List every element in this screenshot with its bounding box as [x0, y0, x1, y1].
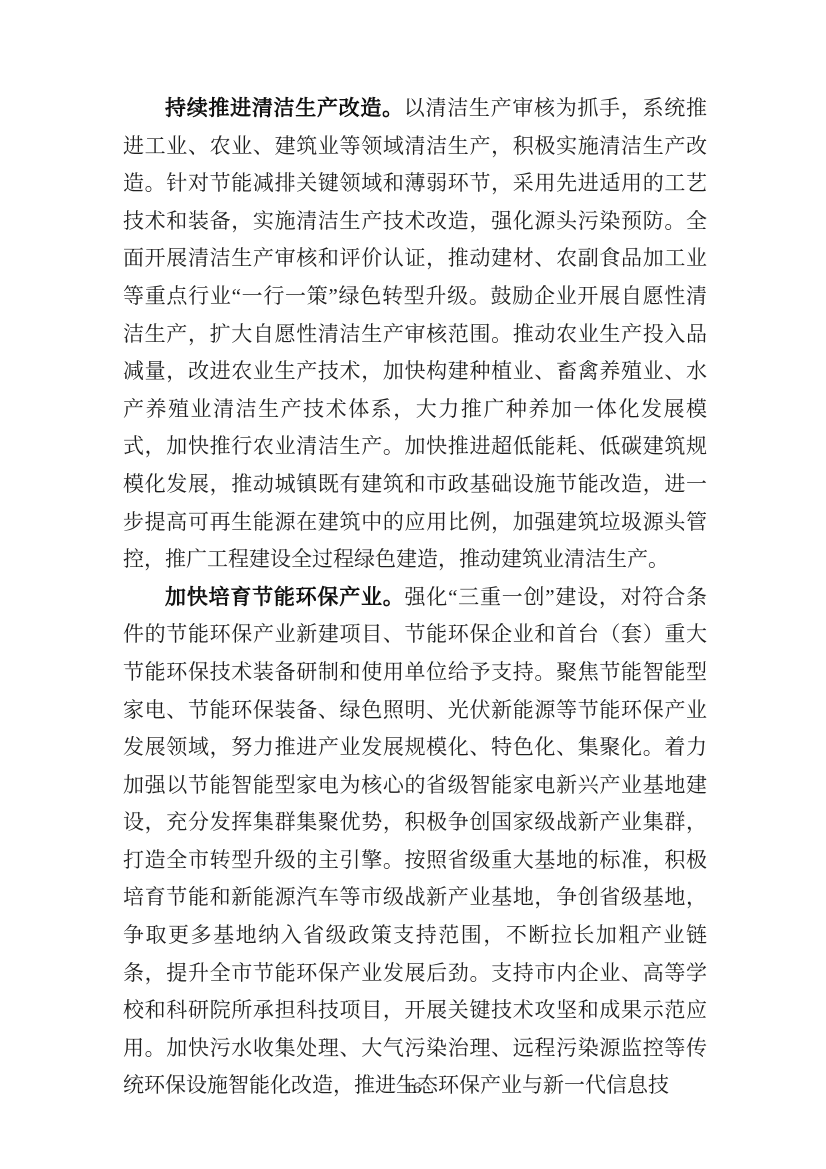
paragraph-text: 以清洁生产审核为抓手，系统推进工业、农业、建筑业等领域清洁生产，积极实施清洁生产… — [123, 96, 707, 571]
paragraph-heading: 持续推进清洁生产改造。 — [165, 96, 404, 120]
paragraph-clean-production: 持续推进清洁生产改造。以清洁生产审核为抓手，系统推进工业、农业、建筑业等领域清洁… — [123, 90, 707, 579]
paragraph-energy-saving-industry: 加快培育节能环保产业。强化“三重一创”建设，对符合条件的节能环保产业新建项目、节… — [123, 579, 707, 1105]
document-page: 持续推进清洁生产改造。以清洁生产审核为抓手，系统推进工业、农业、建筑业等领域清洁… — [0, 0, 826, 1169]
paragraph-text: 强化“三重一创”建设，对符合条件的节能环保产业新建项目、节能环保企业和首台（套）… — [123, 585, 707, 1098]
document-body: 持续推进清洁生产改造。以清洁生产审核为抓手，系统推进工业、农业、建筑业等领域清洁… — [123, 90, 707, 1105]
paragraph-heading: 加快培育节能环保产业。 — [165, 585, 405, 609]
page-number: 16 — [0, 1080, 826, 1098]
